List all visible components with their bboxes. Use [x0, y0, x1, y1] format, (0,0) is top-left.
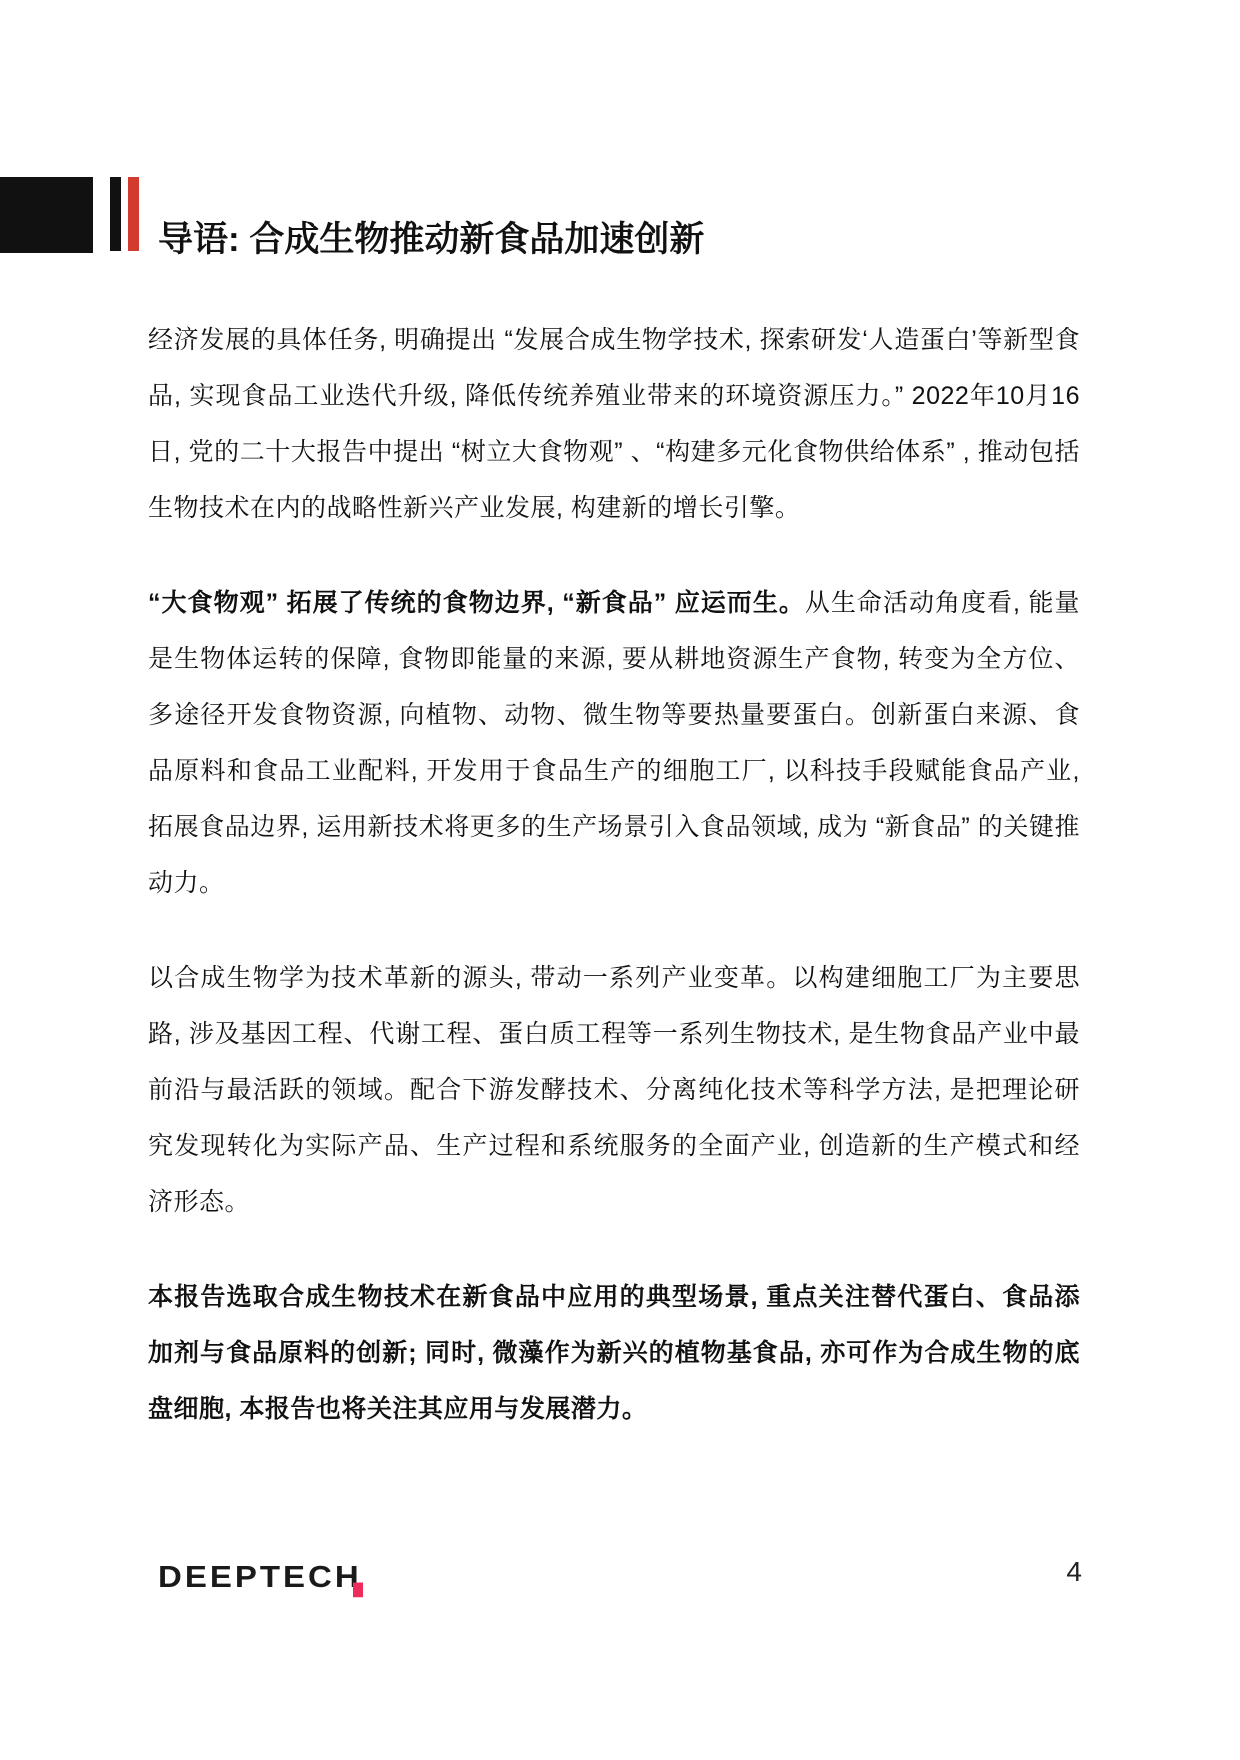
body-paragraph-bold: 本报告选取合成生物技术在新食品中应用的典型场景, 重点关注替代蛋白、食品添加剂与… [148, 1269, 1080, 1437]
deeptech-logo-text: DEEPTECH [158, 1560, 362, 1594]
page-title: 导语: 合成生物推动新食品加速创新 [158, 219, 704, 261]
body-paragraph: 经济发展的具体任务, 明确提出 “发展合成生物学技术, 探索研发‘人造蛋白’等新… [148, 312, 1080, 536]
body-paragraph: “大食物观” 拓展了传统的食物边界, “新食品” 应运而生。从生命活动角度看, … [148, 575, 1080, 911]
deeptech-logo: DEEPTECH [158, 1560, 362, 1595]
header-accent-bar-black [110, 177, 121, 251]
logo-accent-mark [353, 1583, 363, 1598]
header-accent-bar-red [128, 177, 139, 251]
paragraph-bold-lead: “大食物观” 拓展了传统的食物边界, “新食品” 应运而生。 [148, 589, 805, 617]
body-paragraph: 以合成生物学为技术革新的源头, 带动一系列产业变革。以构建细胞工厂为主要思路, … [148, 950, 1080, 1230]
header-accent-block [0, 177, 93, 253]
page-number: 4 [1066, 1556, 1082, 1588]
paragraph-text: 从生命活动角度看, 能量是生物体运转的保障, 食物即能量的来源, 要从耕地资源生… [148, 589, 1080, 897]
report-page: 导语: 合成生物推动新食品加速创新 经济发展的具体任务, 明确提出 “发展合成生… [0, 0, 1240, 1760]
body-content: 经济发展的具体任务, 明确提出 “发展合成生物学技术, 探索研发‘人造蛋白’等新… [148, 312, 1080, 1437]
